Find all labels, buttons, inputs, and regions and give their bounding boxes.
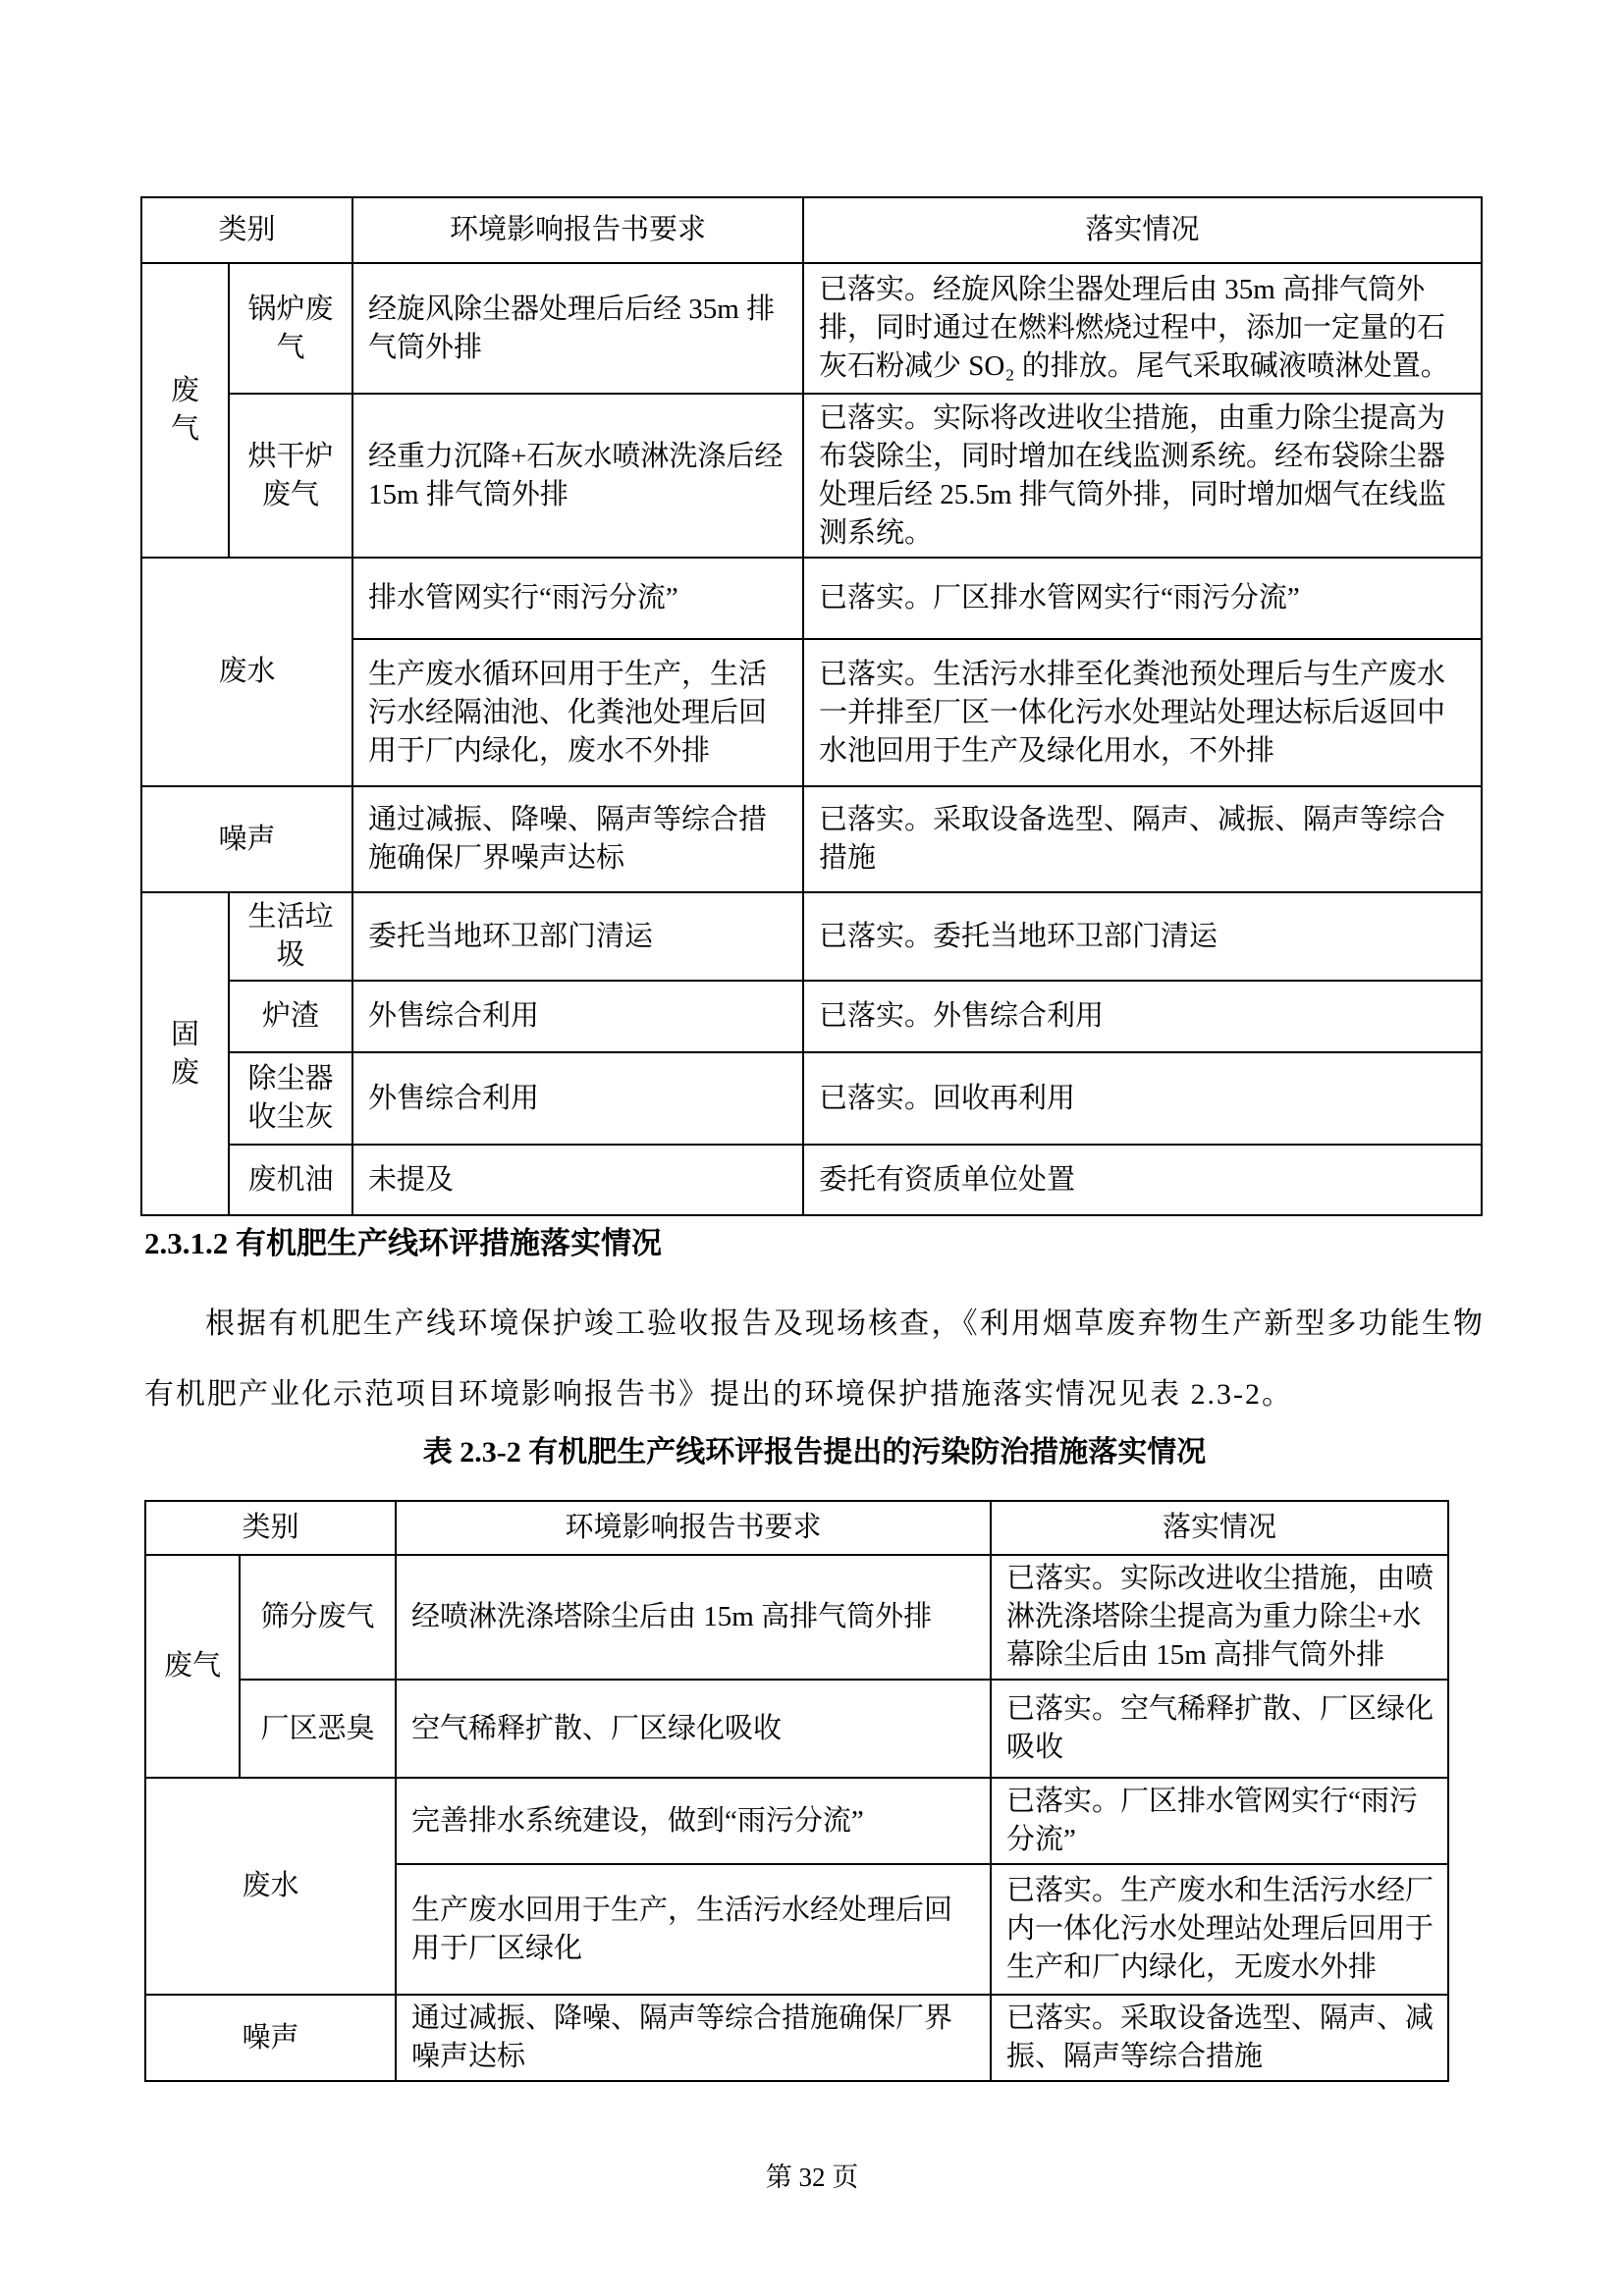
table-row: 噪声 通过减振、降噪、隔声等综合措施确保厂界噪声达标 已落实。采取设备选型、隔声… (145, 1995, 1448, 2081)
table-row: 废水 完善排水系统建设，做到“雨污分流” 已落实。厂区排水管网实行“雨污分流” (145, 1778, 1448, 1864)
section-heading: 2.3.1.2 有机肥生产线环评措施落实情况 (144, 1222, 1485, 1265)
t1-impl-wastewater-1: 已落实。厂区排水管网实行“雨污分流” (803, 558, 1482, 639)
t2-impl-noise: 已落实。采取设备选型、隔声、减振、隔声等综合措施 (991, 1995, 1448, 2081)
t1-impl-slag: 已落实。外售综合利用 (803, 981, 1482, 1052)
table-row: 废气 筛分废气 经喷淋洗涤塔除尘后由 15m 高排气筒外排 已落实。实际改进收尘… (145, 1555, 1448, 1680)
t1-req-dryer-gas: 经重力沉降+石灰水喷淋洗涤后经 15m 排气筒外排 (352, 394, 803, 558)
t1-impl-boiler-gas: 已落实。经旋风除尘器处理后由 35m 高排气筒外排，同时通过在燃料燃烧过程中，添… (803, 263, 1482, 394)
t1-header-category: 类别 (141, 197, 352, 263)
table-row: 废气 锅炉废气 经旋风除尘器处理后后经 35m 排气筒外排 已落实。经旋风除尘器… (141, 263, 1482, 394)
t2-sub-odor: 厂区恶臭 (240, 1680, 396, 1778)
table-row: 废机油 未提及 委托有资质单位处置 (141, 1145, 1482, 1215)
t2-sub-sieving-gas: 筛分废气 (240, 1555, 396, 1680)
t1-category-noise: 噪声 (141, 786, 352, 892)
t1-category-waste-gas: 废气 (141, 263, 229, 558)
t1-impl-noise: 已落实。采取设备选型、隔声、减振、隔声等综合措施 (803, 786, 1482, 892)
t1-category-wastewater: 废水 (141, 558, 352, 786)
t1-sub-collected-dust: 除尘器收尘灰 (229, 1052, 352, 1145)
table-row: 厂区恶臭 空气稀释扩散、厂区绿化吸收 已落实。空气稀释扩散、厂区绿化吸收 (145, 1680, 1448, 1778)
eia-table-fertilizer-line: 类别 环境影响报告书要求 落实情况 废气 筛分废气 经喷淋洗涤塔除尘后由 15m… (144, 1500, 1449, 2082)
t2-req-noise: 通过减振、降噪、隔声等综合措施确保厂界噪声达标 (396, 1995, 991, 2081)
t2-impl-wastewater-2: 已落实。生产废水和生活污水经厂内一体化污水处理站处理后回用于生产和厂内绿化，无废… (991, 1864, 1448, 1995)
t1-req-domestic-trash: 委托当地环卫部门清运 (352, 892, 803, 981)
t2-header-requirement: 环境影响报告书要求 (396, 1501, 991, 1555)
t1-req-slag: 外售综合利用 (352, 981, 803, 1052)
body-paragraph: 根据有机肥生产线环境保护竣工验收报告及现场核查，《利用烟草废弃物生产新型多功能生… (144, 1289, 1485, 1430)
table-row: 噪声 通过减振、降噪、隔声等综合措施确保厂界噪声达标 已落实。采取设备选型、隔声… (141, 786, 1482, 892)
t1-header-requirement: 环境影响报告书要求 (352, 197, 803, 263)
table-row: 废水 排水管网实行“雨污分流” 已落实。厂区排水管网实行“雨污分流” (141, 558, 1482, 639)
t1-impl-domestic-trash: 已落实。委托当地环卫部门清运 (803, 892, 1482, 981)
t2-req-sieving-gas: 经喷淋洗涤塔除尘后由 15m 高排气筒外排 (396, 1555, 991, 1680)
t1-category-solid-waste: 固废 (141, 892, 229, 1215)
table2-caption: 表 2.3-2 有机肥生产线环评报告提出的污染防治措施落实情况 (144, 1433, 1485, 1472)
t2-impl-wastewater-1: 已落实。厂区排水管网实行“雨污分流” (991, 1778, 1448, 1864)
t2-req-wastewater-2: 生产废水回用于生产，生活污水经处理后回用于厂区绿化 (396, 1864, 991, 1995)
t2-header-implementation: 落实情况 (991, 1501, 1448, 1555)
t1-sub-dryer-gas: 烘干炉废气 (229, 394, 352, 558)
t2-req-wastewater-1: 完善排水系统建设，做到“雨污分流” (396, 1778, 991, 1864)
t1-req-collected-dust: 外售综合利用 (352, 1052, 803, 1145)
t2-category-waste-gas: 废气 (145, 1555, 240, 1778)
document-page: 类别 环境影响报告书要求 落实情况 废气 锅炉废气 经旋风除尘器处理后后经 35… (0, 0, 1624, 2296)
table-row: 烘干炉废气 经重力沉降+石灰水喷淋洗涤后经 15m 排气筒外排 已落实。实际将改… (141, 394, 1482, 558)
t1-sub-waste-oil: 废机油 (229, 1145, 352, 1215)
t2-impl-sieving-gas: 已落实。实际改进收尘措施，由喷淋洗涤塔除尘提高为重力除尘+水幕除尘后由 15m … (991, 1555, 1448, 1680)
t2-category-noise: 噪声 (145, 1995, 396, 2081)
t1-impl-waste-oil: 委托有资质单位处置 (803, 1145, 1482, 1215)
t1-sub-domestic-trash: 生活垃圾 (229, 892, 352, 981)
t1-req-waste-oil: 未提及 (352, 1145, 803, 1215)
table-row: 炉渣 外售综合利用 已落实。外售综合利用 (141, 981, 1482, 1052)
t2-req-odor: 空气稀释扩散、厂区绿化吸收 (396, 1680, 991, 1778)
t2-category-wastewater: 废水 (145, 1778, 396, 1995)
t1-sub-boiler-gas: 锅炉废气 (229, 263, 352, 394)
t1-req-wastewater-2: 生产废水循环回用于生产，生活污水经隔油池、化粪池处理后回用于厂内绿化，废水不外排 (352, 639, 803, 786)
page-number: 第 32 页 (0, 2160, 1624, 2195)
t1-impl-wastewater-2: 已落实。生活污水排至化粪池预处理后与生产废水一并排至厂区一体化污水处理站处理达标… (803, 639, 1482, 786)
t2-impl-odor: 已落实。空气稀释扩散、厂区绿化吸收 (991, 1680, 1448, 1778)
t1-header-implementation: 落实情况 (803, 197, 1482, 263)
t1-req-noise: 通过减振、降噪、隔声等综合措施确保厂界噪声达标 (352, 786, 803, 892)
t1-impl-dryer-gas: 已落实。实际将改进收尘措施，由重力除尘提高为布袋除尘，同时增加在线监测系统。经布… (803, 394, 1482, 558)
t1-req-boiler-gas: 经旋风除尘器处理后后经 35m 排气筒外排 (352, 263, 803, 394)
t1-req-wastewater-1: 排水管网实行“雨污分流” (352, 558, 803, 639)
t2-header-category: 类别 (145, 1501, 396, 1555)
t1-impl-collected-dust: 已落实。回收再利用 (803, 1052, 1482, 1145)
t1-sub-slag: 炉渣 (229, 981, 352, 1052)
table-row: 除尘器收尘灰 外售综合利用 已落实。回收再利用 (141, 1052, 1482, 1145)
eia-table-boiler-line: 类别 环境影响报告书要求 落实情况 废气 锅炉废气 经旋风除尘器处理后后经 35… (140, 196, 1483, 1216)
table-row: 固废 生活垃圾 委托当地环卫部门清运 已落实。委托当地环卫部门清运 (141, 892, 1482, 981)
